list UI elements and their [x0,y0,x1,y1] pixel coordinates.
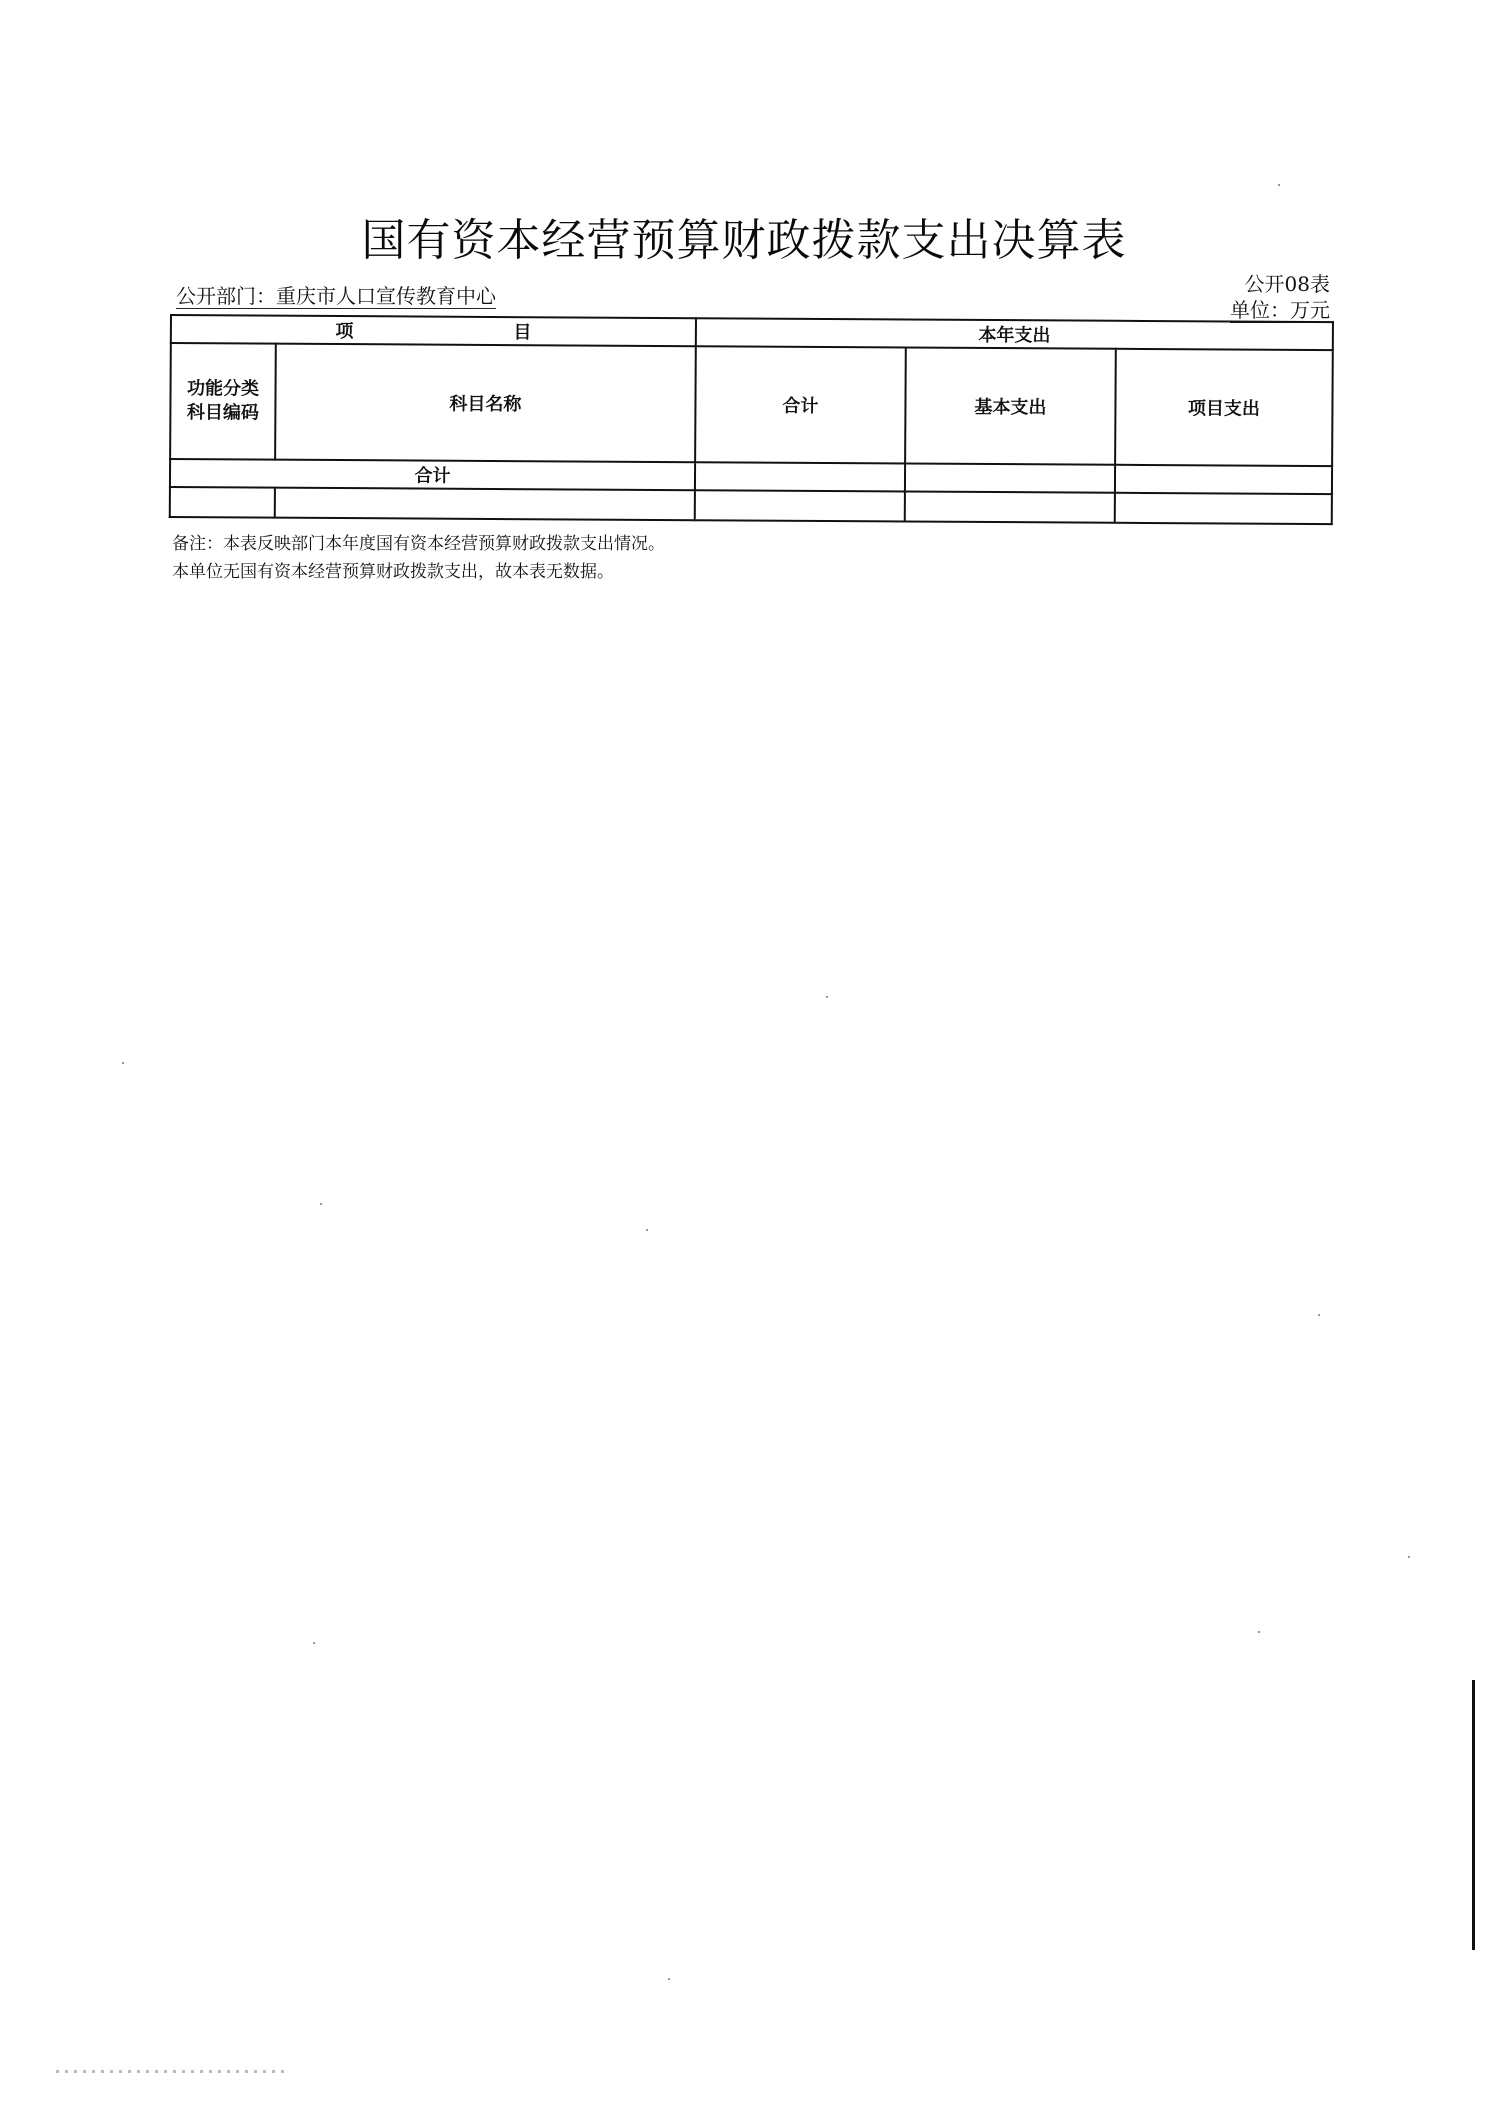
scan-speck [1408,1556,1410,1558]
note-1: 备注：本表反映部门本年度国有资本经营预算财政拨款支出情况。 [172,530,665,558]
total-value [695,462,905,491]
row-name [275,488,695,521]
header-row-2: 功能分类 科目编码 科目名称 合计 基本支出 项目支出 [170,343,1333,466]
scan-speck [668,1978,670,1980]
department-label: 公开部门：重庆市人口宣传教育中心 [176,284,496,309]
scan-speck [122,1062,124,1064]
header-basic-expenditure: 基本支出 [905,347,1116,464]
scan-speck [826,996,828,998]
total-project-value [1115,465,1332,494]
header-total: 合计 [695,346,906,463]
scan-speck [646,1229,648,1231]
scan-footer-noise [56,2070,286,2073]
page-title: 国有资本经营预算财政拨款支出决算表 [0,204,1488,268]
row-total [695,490,905,521]
note-2: 本单位无国有资本经营预算财政拨款支出，故本表无数据。 [172,558,665,586]
header-subject-name: 科目名称 [275,344,696,463]
scan-edge-line [1472,1680,1475,1950]
notes: 备注：本表反映部门本年度国有资本经营预算财政拨款支出情况。 本单位无国有资本经营… [172,530,665,586]
unit-label: 单位：万元 [1230,298,1330,323]
header-current-year: 本年支出 [696,318,1333,350]
total-row-label: 合计 [170,459,695,490]
expenditure-table: 项目 本年支出 功能分类 科目编码 科目名称 合计 基本支出 项目支出 合计 [169,314,1334,525]
scan-speck [313,1642,315,1644]
row-basic [905,491,1115,522]
header-item: 项目 [171,315,696,346]
row-project [1115,493,1332,524]
scan-speck [1318,1314,1320,1316]
row-code [170,487,275,518]
header-project-expenditure: 项目支出 [1115,349,1333,466]
form-number: 公开08表 [1245,272,1330,296]
header-function-code: 功能分类 科目编码 [170,343,276,460]
scan-speck [1278,184,1280,186]
total-basic-value [905,463,1115,492]
scan-speck [1258,1631,1260,1633]
table-row [170,487,1332,524]
scan-speck [320,1203,322,1205]
